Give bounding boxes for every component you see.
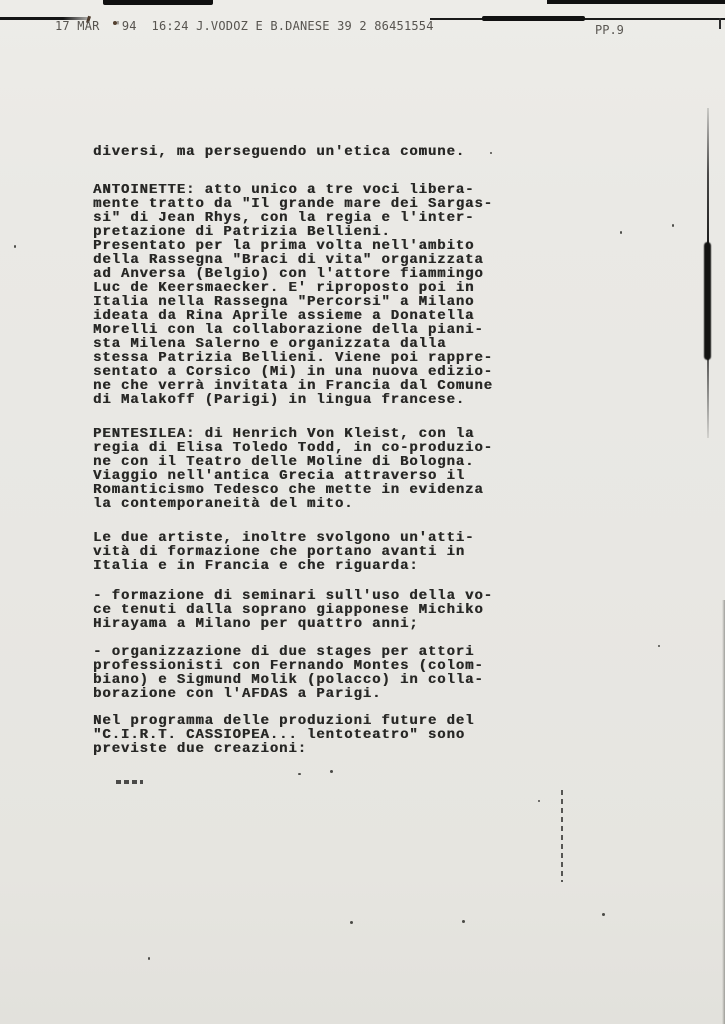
noise-speck	[538, 800, 540, 802]
scan-artifact-dashed-line	[561, 790, 563, 882]
noise-speck	[672, 224, 674, 227]
scan-artifact-right-streak-blob	[704, 242, 711, 360]
paragraph-antoinette: ANTOINETTE: atto unico a tre voci libera…	[93, 183, 505, 407]
noise-speck	[298, 773, 301, 775]
paragraph-due-artiste: Le due artiste, inoltre svolgono un'atti…	[93, 531, 505, 573]
fax-page-indicator: PP.9	[595, 23, 624, 37]
paragraph-intro-fragment: diversi, ma perseguendo un'etica comune.	[93, 145, 505, 159]
noise-speck	[462, 920, 465, 923]
scan-artifact-smudge	[116, 780, 143, 784]
paragraph-programma-futuro: Nel programma delle produzioni future de…	[93, 714, 505, 756]
fax-header-line: 17 MAR '94 16:24 J.VODOZ E B.DANESE 39 2…	[55, 19, 434, 33]
paragraph-bullet-stages: - organizzazione di due stages per attor…	[93, 645, 505, 701]
scan-artifact-rule-end-tick	[719, 18, 721, 29]
scan-artifact-top-bar-right	[547, 0, 725, 4]
noise-speck	[350, 921, 353, 924]
noise-speck	[620, 231, 622, 234]
paragraph-bullet-seminari: - formazione di seminari sull'uso della …	[93, 589, 505, 631]
noise-speck	[602, 913, 605, 916]
noise-speck	[148, 957, 150, 960]
scan-artifact-rule-blob	[482, 16, 585, 21]
noise-speck	[330, 770, 333, 773]
noise-speck	[14, 245, 16, 248]
scan-artifact-top-bar-left	[103, 0, 213, 5]
noise-speck	[658, 645, 660, 647]
noise-speck	[490, 152, 492, 154]
paragraph-pentesilea: PENTESILEA: di Henrich Von Kleist, con l…	[93, 427, 505, 511]
fax-document-page: 17 MAR '94 16:24 J.VODOZ E B.DANESE 39 2…	[0, 0, 725, 1024]
